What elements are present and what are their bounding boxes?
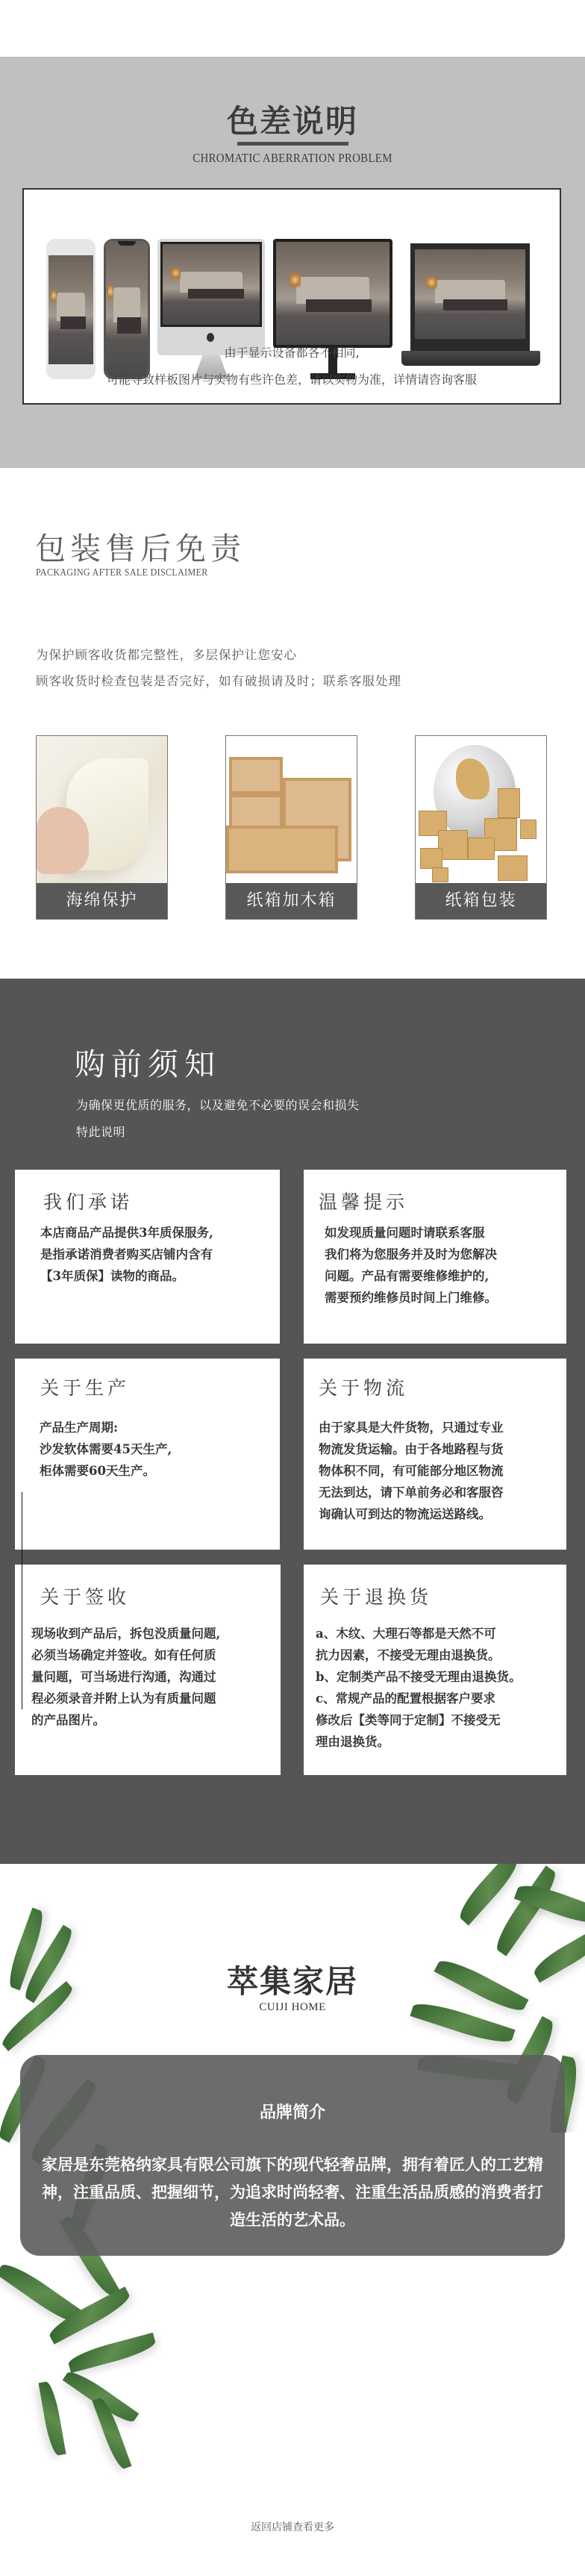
section-title: 色差说明 [0,97,585,142]
note-card-body: 如发现质量问题时请联系客服 我们将为您服务并及时为您解决 问题。产品有需要维修维… [325,1222,497,1309]
packaging-card-label: 纸箱包装 [416,883,546,919]
note-card-body: 由于家具是大件货物，只通过专业 物流发货运输。由于各地路程与货 物体积不同，有可… [319,1417,504,1525]
packaging-card-label: 纸箱加木箱 [226,883,357,919]
brand-name: 萃集家居 [0,1957,585,2002]
note-card-title: 我们承诺 [43,1188,133,1214]
wooden-crates-image [226,736,357,884]
laptop-image [410,243,530,351]
note-card-body: 产品生产周期: 沙发软体需要45天生产, 柜体需要60天生产。 [40,1417,172,1482]
title-underline [237,142,348,146]
packaging-card-cartons: 纸箱包装 [415,735,547,920]
note-card-logistics: 关于物流 由于家具是大件货物，只通过专业 物流发货运输。由于各地路程与货 物体积… [304,1359,566,1550]
packaging-title: 包装售后免责 [35,524,245,568]
apple-logo-icon [207,333,214,342]
section-subtitle: CHROMATIC ABERRATION PROBLEM [35,151,550,166]
globe-cartons-image [416,736,546,884]
packaging-text-line-2: 顾客收货时检查包装是否完好，如有破损请及时；联系客服处理 [36,671,401,689]
monitor-image [273,239,392,348]
imac-image [157,239,265,355]
note-card-title: 关于签收 [40,1582,130,1609]
note-card-title: 关于物流 [319,1373,408,1400]
packaging-card-foam: 海绵保护 [36,735,168,920]
note-card-title: 关于退换货 [320,1582,432,1609]
brand-intro-text: 家居是东莞格纳家具有限公司旗下的现代轻奢品牌，拥有着匠人的工艺精神，注重品质、把… [35,2151,550,2233]
caption-line-2: 可能导致样板图片与实物有些许色差，请以实物为准，详情请咨询客服 [24,370,560,387]
packaging-card-label: 海绵保护 [37,883,167,919]
brand-intro-panel: 品牌简介 家居是东莞格纳家具有限公司旗下的现代轻奢品牌，拥有着匠人的工艺精神，注… [20,2055,565,2256]
brand-intro-title: 品牌简介 [20,2100,565,2123]
chromatic-aberration-section: 色差说明 CHROMATIC ABERRATION PROBLEM [0,57,585,468]
packaging-text-line-1: 为保护顾客收货都完整性，多层保护让您安心 [36,645,297,663]
note-card-signing: 关于签收 现场收到产品后，拆包没质量问题, 必须当场确定并签收。如有任何质 量问… [15,1565,281,1775]
note-card-title: 关于生产 [40,1373,130,1400]
note-card-promise: 我们承诺 本店商品产品提供3年质保服务, 是指承诺消费者购买店铺内含有 【3年质… [15,1170,280,1344]
brand-name-english: CUIJI HOME [0,2001,585,2014]
foam-image [37,736,167,884]
note-card-body: 现场收到产品后，拆包没质量问题, 必须当场确定并签收。如有任何质 量问题，可当场… [31,1623,220,1731]
packaging-card-crates: 纸箱加木箱 [225,735,357,920]
divider-line [22,1492,22,1709]
packaging-subtitle: PACKAGING AFTER SALE DISCLAIMER [36,567,208,579]
note-card-body: 本店商品产品提供3年质保服务, 是指承诺消费者购买店铺内含有 【3年质保】读物的… [40,1222,213,1287]
note-card-production: 关于生产 产品生产周期: 沙发软体需要45天生产, 柜体需要60天生产。 [15,1359,280,1550]
note-card-returns: 关于退换货 a、木纹、大理石等都是天然不可 抗力因素，不接受无理由退换货。 b、… [304,1565,566,1775]
notes-title: 购前须知 [75,1040,221,1084]
note-card-title: 温馨提示 [319,1188,408,1214]
back-to-store-link[interactable]: 返回店铺查看更多 [0,2519,585,2534]
purchase-notes-section: 购前须知 为确保更优质的服务，以及避免不必要的误会和损失 特此说明 我们承诺 本… [0,979,585,1864]
notes-intro-line-2: 特此说明 [76,1123,125,1140]
devices-panel: 由于显示设备都各不相同, 可能导致样板图片与实物有些许色差，请以实物为准，详情请… [22,188,561,405]
note-card-body: a、木纹、大理石等都是天然不可 抗力因素，不接受无理由退换货。 b、定制类产品不… [316,1623,522,1753]
caption-line-1: 由于显示设备都各不相同, [24,343,560,361]
notes-intro-line-1: 为确保更优质的服务，以及避免不必要的误会和损失 [76,1096,360,1113]
note-card-tips: 温馨提示 如发现质量问题时请联系客服 我们将为您服务并及时为您解决 问题。产品有… [304,1170,566,1344]
